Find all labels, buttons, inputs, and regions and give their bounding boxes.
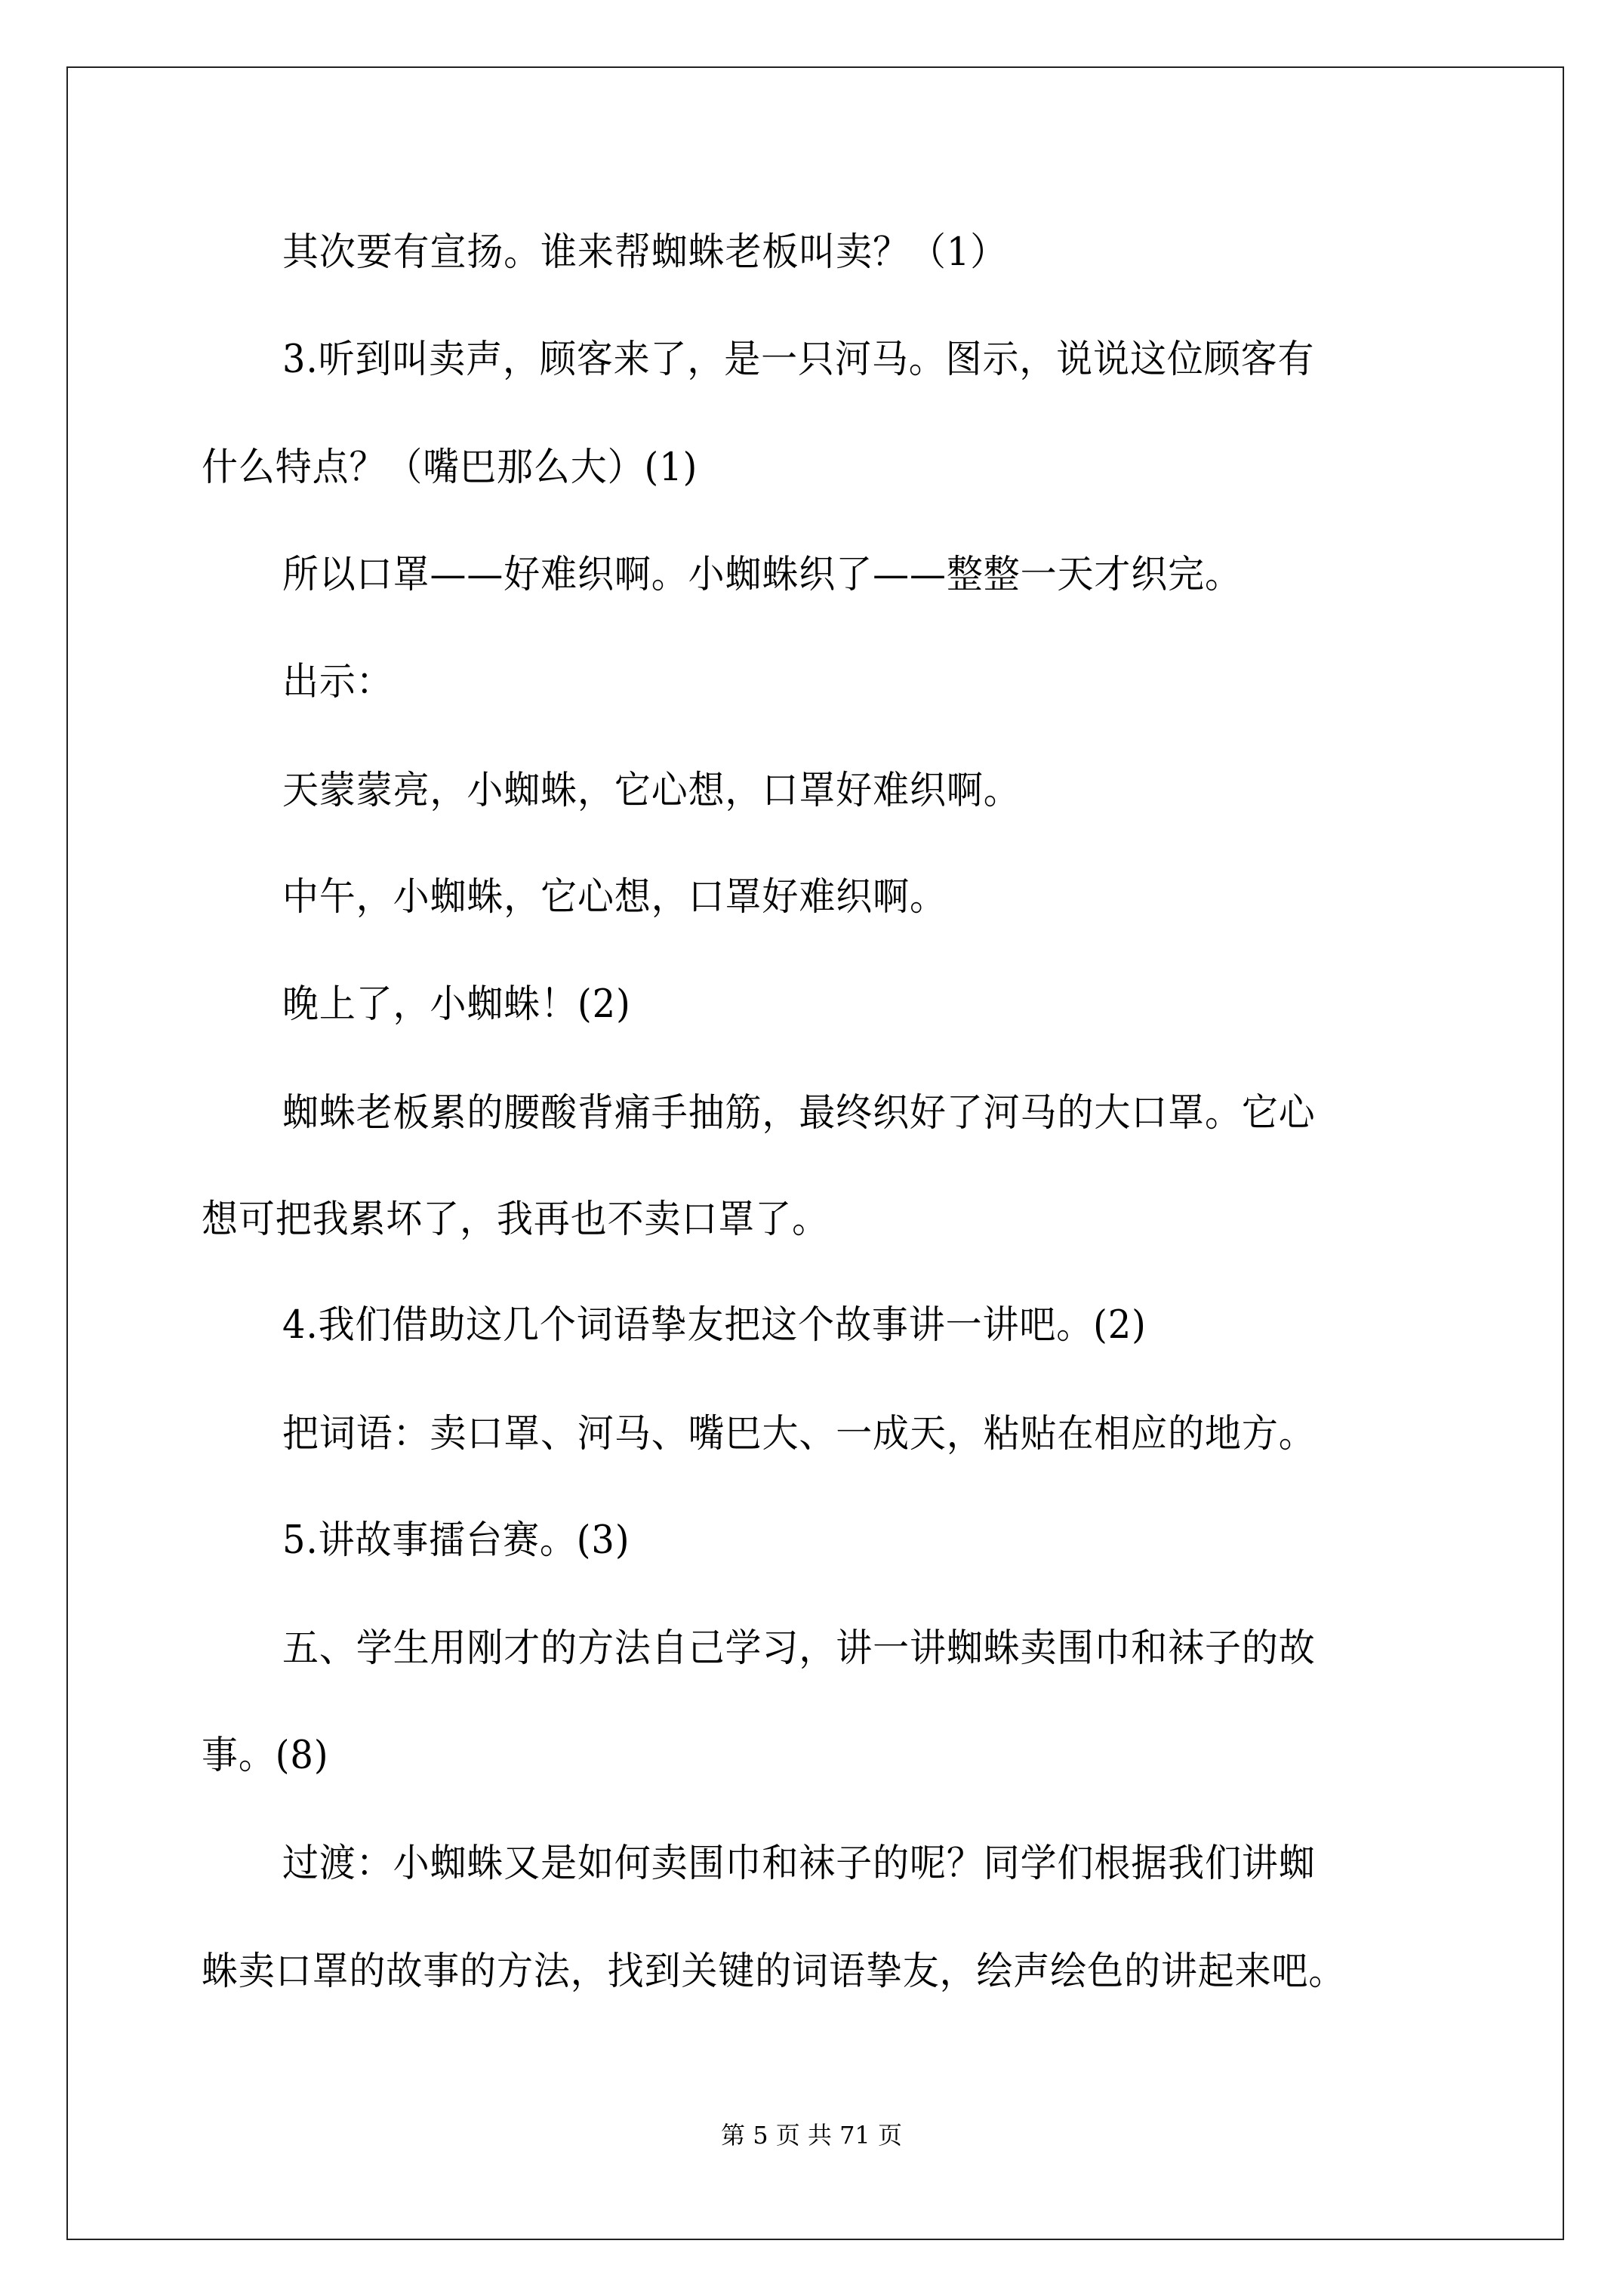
paragraph-line: 五、学生用刚才的方法自己学习，讲一讲蜘蛛卖围巾和袜子的故 bbox=[282, 1626, 1316, 1672]
paragraph-line: 晚上了，小蜘蛛！(2) bbox=[282, 982, 631, 1028]
paragraph-line: 4.我们借助这几个词语挚友把这个故事讲一讲吧。(2) bbox=[282, 1303, 1147, 1348]
paragraph-line: 5.讲故事擂台赛。(3) bbox=[282, 1518, 630, 1564]
paragraph-line: 事。(8) bbox=[202, 1734, 328, 1779]
paragraph-line: 中午，小蜘蛛，它心想，口罩好难织啊。 bbox=[282, 875, 947, 920]
page-border bbox=[66, 66, 1564, 2240]
paragraph-line: 把词语：卖口罩、河马、嘴巴大、一成天，粘贴在相应的地方。 bbox=[282, 1412, 1316, 1457]
paragraph-line: 出示： bbox=[282, 660, 393, 705]
paragraph-line: 蛛卖口罩的故事的方法，找到关键的词语挚友，绘声绘色的讲起来吧。 bbox=[202, 1949, 1345, 1995]
page-number-footer: 第 5 页 共 71 页 bbox=[0, 2120, 1623, 2150]
paragraph-line: 过渡：小蜘蛛又是如何卖围巾和袜子的呢？同学们根据我们讲蜘 bbox=[282, 1841, 1316, 1887]
paragraph-line: 天蒙蒙亮，小蜘蛛，它心想，口罩好难织啊。 bbox=[282, 769, 1021, 814]
paragraph-line: 想可把我累坏了，我再也不卖口罩了。 bbox=[202, 1197, 829, 1243]
paragraph-line: 蜘蛛老板累的腰酸背痛手抽筋，最终织好了河马的大口罩。它心 bbox=[282, 1091, 1316, 1136]
paragraph-line: 什么特点？（嘴巴那么大）(1) bbox=[202, 445, 698, 491]
paragraph-line: 所以口罩——好难织啊。小蜘蛛织了——整整一天才织完。 bbox=[282, 553, 1242, 598]
paragraph-line: 3.听到叫卖声，顾客来了，是一只河马。图示，说说这位顾客有 bbox=[282, 337, 1314, 383]
paragraph-line: 其次要有宣扬。谁来帮蜘蛛老板叫卖？（1） bbox=[282, 230, 1007, 276]
